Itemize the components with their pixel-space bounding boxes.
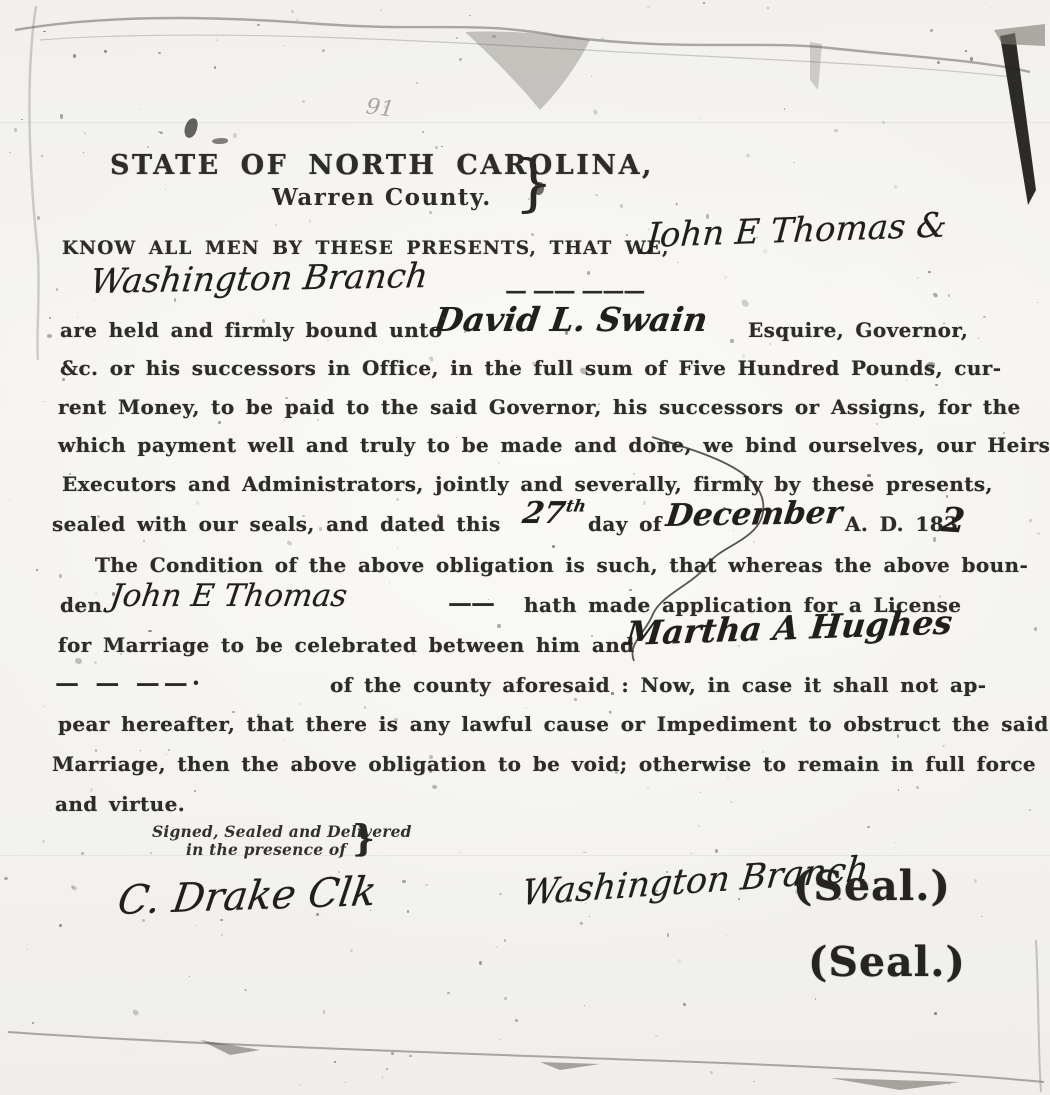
noise-speck: [917, 277, 919, 279]
noise-speck: [1007, 41, 1008, 42]
noise-speck: [698, 825, 700, 828]
noise-speck: [1034, 627, 1037, 631]
ink-blob: [183, 117, 199, 139]
witness-signature: C. Drake Clk: [115, 869, 379, 924]
noise-speck: [948, 194, 949, 195]
noise-speck: [469, 15, 471, 17]
noise-speck: [499, 1039, 500, 1040]
body-line-bound-unto: are held and firmly bound unto: [60, 318, 443, 342]
body-line-payment: which payment well and truly to be made …: [58, 433, 1050, 457]
noise-speck: [700, 792, 701, 793]
handwritten-day-number: 27th: [520, 496, 588, 531]
noise-blotch: [492, 35, 496, 39]
top-right-ink-bar: [1000, 33, 1036, 205]
noise-speck: [218, 421, 221, 424]
noise-speck: [322, 49, 325, 52]
body-line-condition: The Condition of the above obligation is…: [95, 553, 1028, 577]
noise-speck: [441, 146, 443, 147]
noise-speck: [422, 131, 425, 133]
noise-speck: [402, 880, 405, 883]
noise-speck: [715, 849, 718, 853]
top-right-corner-smudge: [994, 24, 1045, 46]
noise-speck: [1037, 302, 1038, 303]
noise-speck: [194, 790, 196, 792]
noise-speck: [407, 910, 410, 912]
noise-speck: [683, 1003, 687, 1006]
noise-speck: [257, 24, 260, 27]
noise-blotch: [132, 1008, 139, 1015]
noise-speck: [283, 740, 285, 741]
noise-speck: [531, 233, 533, 236]
noise-speck: [391, 1052, 394, 1055]
top-smudge-2: [810, 42, 822, 90]
body-line-day-of: day of: [588, 512, 662, 536]
noise-speck: [127, 1052, 129, 1053]
document-title-county: Warren County.: [272, 184, 492, 211]
noise-speck: [601, 37, 604, 40]
body-line-den: den: [60, 593, 102, 617]
noise-speck: [380, 9, 382, 11]
noise-speck: [928, 271, 931, 273]
noise-blotch: [740, 298, 750, 308]
noise-blotch: [431, 784, 438, 790]
fold-crease-middle: [0, 855, 1050, 856]
noise-speck: [150, 852, 152, 854]
noise-speck: [143, 540, 145, 542]
noise-speck: [409, 1055, 412, 1057]
noise-speck: [916, 786, 919, 789]
noise-speck: [479, 961, 482, 965]
noise-speck: [296, 19, 298, 21]
noise-speck: [429, 211, 432, 215]
noise-speck: [459, 852, 461, 853]
noise-speck: [699, 118, 700, 119]
noise-speck: [515, 1019, 518, 1022]
noise-speck: [647, 788, 649, 789]
noise-speck: [933, 537, 936, 542]
top-smudge: [465, 31, 590, 110]
body-line-void-otherwise: Marriage, then the above obligation to b…: [52, 752, 1036, 776]
noise-speck: [9, 152, 11, 153]
noise-speck: [867, 826, 870, 828]
body-line-rent-money: rent Money, to be paid to the said Gover…: [58, 395, 1021, 419]
noise-speck: [834, 129, 837, 133]
noise-speck: [244, 989, 247, 991]
noise-speck: [386, 1068, 388, 1070]
noise-speck: [317, 419, 319, 421]
noise-speck: [935, 384, 938, 386]
noise-speck: [27, 944, 28, 945]
noise-speck: [991, 7, 992, 8]
noise-speck: [148, 630, 151, 632]
noise-speck: [45, 984, 46, 985]
noise-speck: [595, 194, 598, 196]
noise-blotch: [71, 885, 77, 891]
body-line-and-virtue: and virtue.: [55, 792, 185, 816]
noise-speck: [221, 934, 223, 936]
noise-speck: [447, 992, 450, 994]
noise-speck: [36, 569, 38, 571]
stray-pencil-mark: 91: [364, 94, 395, 123]
ink-blob: [212, 138, 228, 144]
noise-speck: [626, 234, 628, 236]
noise-speck: [158, 52, 161, 55]
handwritten-year-digit: 2: [940, 500, 966, 542]
noise-speck: [724, 276, 727, 279]
noise-speck: [284, 45, 285, 46]
fill-in-dash-flourish-2: — — ——·: [55, 668, 204, 697]
noise-speck: [655, 1035, 658, 1037]
noise-speck: [727, 777, 729, 778]
handwritten-bondsman-1-name: John E Thomas &: [645, 205, 948, 256]
noise-speck: [894, 185, 897, 189]
noise-speck: [350, 949, 353, 952]
noise-speck: [504, 939, 506, 942]
noise-speck: [233, 133, 236, 138]
noise-speck: [158, 131, 162, 133]
noise-blotch: [674, 203, 677, 207]
noise-speck: [139, 109, 140, 110]
noise-speck: [59, 924, 62, 927]
noise-speck: [196, 501, 199, 504]
noise-speck: [189, 976, 190, 977]
noise-speck: [59, 574, 62, 578]
noise-speck: [364, 706, 366, 709]
noise-speck: [829, 282, 831, 283]
noise-speck: [678, 959, 681, 963]
noise-speck: [382, 1076, 384, 1078]
handwritten-bondsman-2-name: Washington Branch: [88, 256, 430, 302]
noise-speck: [32, 1022, 34, 1025]
noise-speck: [620, 204, 623, 208]
noise-blotch: [745, 153, 749, 157]
document-title-state: STATE OF NORTH CAROLINA,: [110, 150, 654, 181]
noise-speck: [214, 66, 216, 69]
noise-speck: [703, 2, 705, 4]
noise-speck: [44, 706, 45, 707]
bottom-edge-line: [8, 1032, 1044, 1082]
noise-speck: [589, 916, 591, 917]
body-line-know-all-men: KNOW ALL MEN BY THESE PRESENTS, THAT WE,: [62, 238, 670, 259]
body-line-successors: &c. or his successors in Office, in the …: [60, 356, 1001, 380]
noise-speck: [1015, 74, 1017, 76]
noise-speck: [147, 146, 149, 148]
noise-speck: [37, 216, 40, 220]
noise-speck: [730, 801, 733, 803]
noise-speck: [981, 916, 982, 917]
noise-speck: [140, 750, 141, 751]
noise-speck: [770, 343, 771, 344]
noise-speck: [498, 462, 500, 465]
handwritten-governor-name: David L. Swain: [432, 300, 710, 339]
noise-speck: [710, 1071, 713, 1074]
noise-speck: [526, 708, 528, 709]
noise-speck: [4, 877, 8, 880]
noise-speck: [165, 189, 167, 191]
noise-speck: [587, 271, 591, 275]
fill-in-dash: ——: [448, 588, 494, 617]
noise-speck: [728, 541, 729, 542]
noise-speck: [591, 76, 592, 77]
body-line-esquire-governor: Esquire, Governor,: [748, 318, 968, 342]
noise-speck: [425, 884, 427, 886]
day-ordinal-suffix: th: [564, 496, 587, 515]
noise-speck: [793, 162, 794, 163]
noise-speck: [937, 61, 940, 64]
noise-speck: [275, 224, 278, 226]
noise-speck: [416, 82, 418, 84]
noise-speck: [14, 128, 17, 132]
noise-speck: [815, 998, 817, 1000]
noise-speck: [730, 339, 733, 343]
noise-speck: [876, 423, 878, 426]
body-line-lawful-cause: pear hereafter, that there is any lawful…: [58, 712, 1049, 736]
noise-speck: [104, 50, 107, 52]
noise-speck: [396, 498, 399, 501]
noise-speck: [94, 661, 97, 664]
noise-speck: [496, 946, 497, 948]
noise-speck: [1029, 519, 1032, 522]
noise-speck: [647, 6, 650, 8]
noise-speck: [291, 10, 294, 13]
noise-blotch: [287, 540, 293, 546]
noise-speck: [643, 501, 646, 504]
noise-speck: [27, 949, 28, 950]
handwritten-groom-name: John E Thomas: [108, 578, 350, 614]
noise-speck: [309, 219, 312, 223]
seal-stamp-1: (Seal.): [793, 862, 951, 910]
noise-speck: [942, 745, 944, 747]
noise-speck: [84, 132, 86, 134]
noise-speck: [895, 842, 896, 843]
noise-speck: [767, 7, 769, 9]
noise-blotch: [594, 109, 598, 114]
noise-speck: [691, 853, 693, 854]
noise-speck: [83, 152, 85, 153]
body-line-county-aforesaid: of the county aforesaid : Now, in case i…: [330, 673, 986, 697]
noise-speck: [1029, 809, 1030, 811]
noise-speck: [345, 1082, 346, 1083]
noise-speck: [583, 852, 585, 854]
noise-speck: [435, 146, 438, 149]
noise-speck: [168, 749, 170, 750]
top-edge-scratch: [15, 18, 1030, 72]
noise-speck: [948, 294, 950, 297]
noise-speck: [114, 36, 115, 37]
noise-speck: [56, 288, 58, 291]
noise-speck: [60, 114, 64, 118]
noise-speck: [397, 547, 399, 548]
noise-speck: [667, 933, 669, 936]
noise-speck: [974, 879, 978, 883]
noise-speck: [753, 541, 755, 543]
noise-speck: [334, 1061, 336, 1063]
noise-speck: [41, 155, 43, 157]
noise-speck: [42, 840, 45, 843]
noise-speck: [970, 57, 973, 61]
noise-speck: [584, 1005, 585, 1006]
noise-speck: [160, 132, 163, 134]
noise-speck: [323, 1010, 326, 1013]
noise-speck: [389, 582, 390, 583]
seal-stamp-2: (Seal.): [808, 938, 966, 986]
noise-speck: [195, 925, 196, 926]
noise-speck: [983, 316, 986, 318]
noise-speck: [784, 108, 786, 110]
noise-blotch: [46, 333, 52, 339]
noise-speck: [73, 54, 76, 58]
right-edge-line: [1036, 940, 1041, 1092]
noise-speck: [477, 1062, 478, 1063]
bottom-edge-smudges: [200, 1040, 960, 1090]
top-edge-scratch-2: [40, 35, 1020, 78]
noise-speck: [947, 1082, 950, 1084]
noise-speck: [299, 703, 301, 704]
scanned-marriage-bond-document: 91 STATE OF NORTH CAROLINA, Warren Count…: [0, 0, 1050, 1095]
noise-speck: [299, 1084, 301, 1086]
body-line-marriage-between: for Marriage to be celebrated between hi…: [58, 633, 635, 657]
day-value: 27: [520, 496, 568, 531]
body-line-sealed-dated: sealed with our seals, and dated this: [52, 512, 501, 536]
noise-speck: [677, 262, 678, 263]
noise-speck: [302, 100, 305, 103]
noise-speck: [41, 859, 42, 861]
noise-speck: [459, 58, 462, 60]
noise-speck: [1013, 1030, 1014, 1031]
noise-blotch: [74, 657, 83, 666]
fold-crease-top: [0, 122, 1050, 123]
noise-speck: [71, 885, 74, 889]
noise-speck: [43, 31, 45, 32]
noise-speck: [934, 1012, 936, 1015]
attestation-brace-glyph: }: [352, 818, 375, 860]
noise-speck: [574, 698, 577, 701]
noise-speck: [898, 789, 900, 791]
noise-speck: [497, 624, 500, 628]
noise-speck: [216, 39, 218, 41]
noise-speck: [499, 893, 503, 896]
noise-blotch: [580, 921, 583, 925]
header-brace-glyph: }: [514, 146, 553, 219]
left-edge-shade: [29, 6, 38, 360]
handwritten-month: December: [664, 495, 844, 534]
noise-speck: [629, 589, 631, 591]
noise-speck: [456, 37, 458, 39]
noise-speck: [49, 317, 51, 319]
noise-speck: [284, 420, 285, 421]
noise-speck: [552, 545, 554, 548]
noise-speck: [978, 338, 979, 339]
noise-speck: [1037, 532, 1040, 535]
noise-speck: [726, 934, 728, 935]
noise-speck: [9, 500, 10, 501]
attestation-line-2: in the presence of: [186, 840, 346, 859]
noise-speck: [504, 997, 507, 1000]
noise-speck: [753, 1081, 755, 1082]
noise-speck: [21, 119, 22, 120]
noise-speck: [930, 29, 933, 32]
noise-blotch: [932, 291, 938, 297]
noise-speck: [965, 50, 967, 52]
body-line-executors: Executors and Administrators, jointly an…: [62, 472, 993, 496]
noise-speck: [42, 401, 44, 402]
